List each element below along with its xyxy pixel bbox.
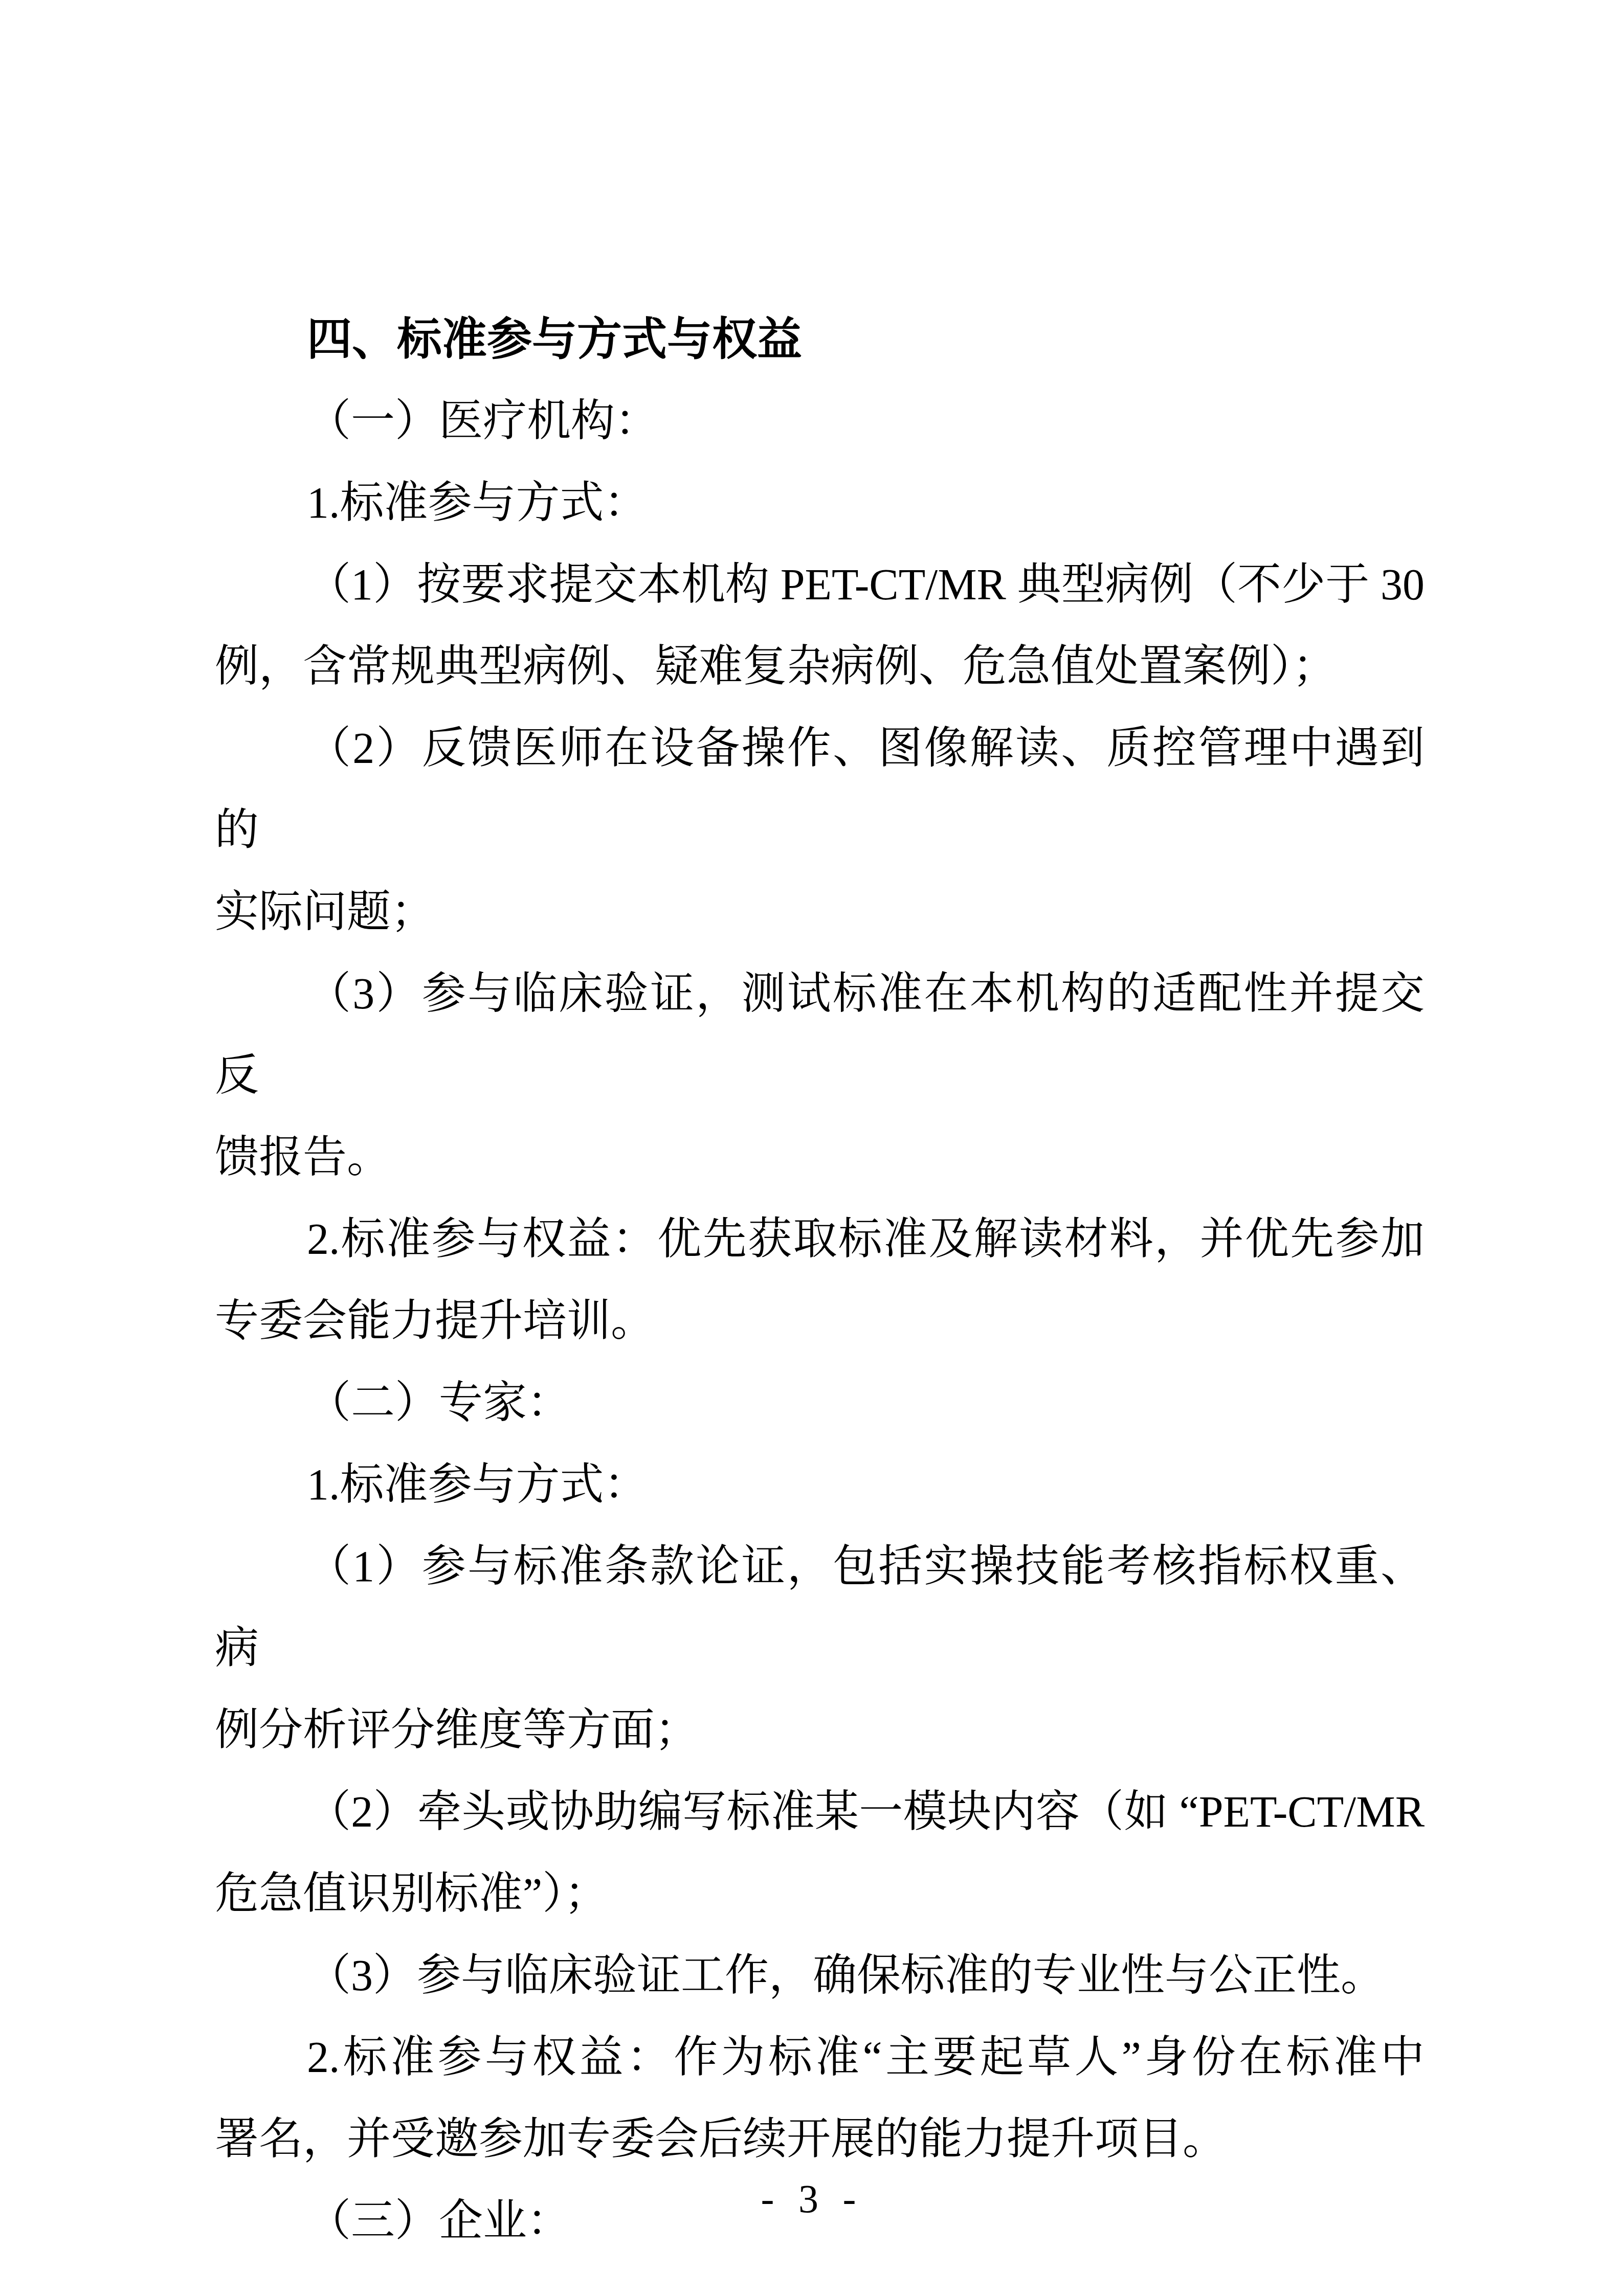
paragraph: （3）参与临床验证，测试标准在本机构的适配性并提交反 馈报告。 — [215, 953, 1425, 1198]
text-line: 1.标准参与方式： — [215, 462, 1425, 544]
text-line: （2）反馈医师在设备操作、图像解读、质控管理中遇到的 — [215, 707, 1425, 871]
paragraph: （2）牵头或协助编写标准某一模块内容（如 “PET-CT/MR 危急值识别标准”… — [215, 1771, 1425, 1934]
text-line: 2.标准参与权益：作为标准“主要起草人”身份在标准中 — [215, 2016, 1425, 2098]
text-line: 馈报告。 — [215, 1116, 1425, 1198]
paragraph: 2.标准参与权益：优先获取标准及解读材料，并优先参加 专委会能力提升培训。 — [215, 1198, 1425, 1362]
paragraph: （2）反馈医师在设备操作、图像解读、质控管理中遇到的 实际问题； — [215, 707, 1425, 953]
text-line: （二）专家： — [215, 1362, 1425, 1444]
section-heading: 四、标准参与方式与权益 — [215, 298, 1425, 380]
text-line: 例，含常规典型病例、疑难复杂病例、危急值处置案例）； — [215, 625, 1425, 707]
paragraph: （一）医疗机构： — [215, 380, 1425, 462]
paragraph: （1）按要求提交本机构 PET-CT/MR 典型病例（不少于 30 例，含常规典… — [215, 544, 1425, 707]
paragraph: （1）参与标准条款论证，包括实操技能考核指标权重、病 例分析评分维度等方面； — [215, 1525, 1425, 1771]
text-line: 专委会能力提升培训。 — [215, 1280, 1425, 1362]
paragraph: 1.标准参与方式： — [215, 1444, 1425, 1525]
text-line: 1.标准参与方式： — [215, 1444, 1425, 1525]
text-line: 例分析评分维度等方面； — [215, 1689, 1425, 1771]
paragraph: （3）参与临床验证工作，确保标准的专业性与公正性。 — [215, 1934, 1425, 2016]
text-line: （1）参与标准条款论证，包括实操技能考核指标权重、病 — [215, 1525, 1425, 1689]
text-line: （3）参与临床验证工作，确保标准的专业性与公正性。 — [215, 1934, 1425, 2016]
text-line: （一）医疗机构： — [215, 380, 1425, 462]
document-body: 四、标准参与方式与权益 （一）医疗机构： 1.标准参与方式： （1）按要求提交本… — [215, 298, 1425, 2262]
text-line: 危急值识别标准”）； — [215, 1853, 1425, 1934]
paragraph: 1.标准参与方式： — [215, 462, 1425, 544]
text-line: 实际问题； — [215, 871, 1425, 953]
text-line: 2.标准参与权益：优先获取标准及解读材料，并优先参加 — [215, 1198, 1425, 1280]
text-line: （1）按要求提交本机构 PET-CT/MR 典型病例（不少于 30 — [215, 544, 1425, 625]
paragraph: （二）专家： — [215, 1362, 1425, 1444]
document-page: 四、标准参与方式与权益 （一）医疗机构： 1.标准参与方式： （1）按要求提交本… — [0, 0, 1624, 2296]
paragraph: 2.标准参与权益：作为标准“主要起草人”身份在标准中 署名，并受邀参加专委会后续… — [215, 2016, 1425, 2180]
text-line: （3）参与临床验证，测试标准在本机构的适配性并提交反 — [215, 953, 1425, 1116]
page-number: - 3 - — [0, 2158, 1624, 2240]
text-line: （2）牵头或协助编写标准某一模块内容（如 “PET-CT/MR — [215, 1771, 1425, 1853]
